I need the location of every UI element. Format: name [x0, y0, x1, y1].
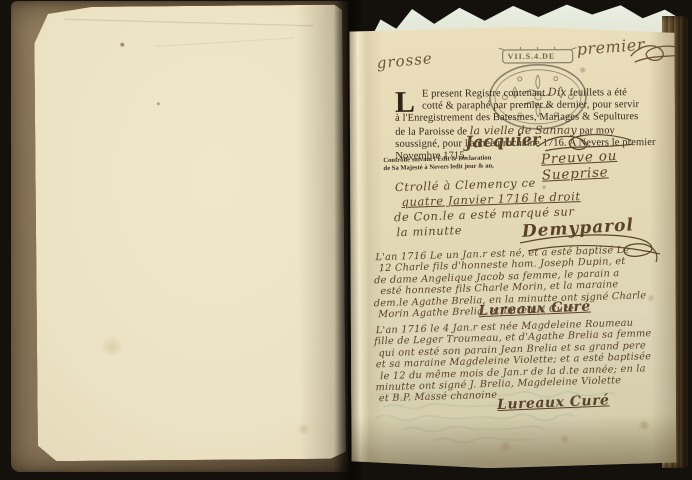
foxing-spot — [99, 337, 125, 357]
notice-insert-folios: Dix — [548, 86, 567, 99]
tax-stamp-value: VII.S.4.DE — [508, 52, 556, 61]
signature-jacquier: Jacquier — [465, 130, 541, 152]
notice-text: feuillets a été — [569, 87, 627, 98]
blank-left-page — [34, 5, 346, 462]
foxing-spot — [157, 102, 160, 105]
paper-crease — [64, 19, 314, 28]
baptism-entry-2: L'an 1716 le 4 Jan.r est née Magdeleine … — [376, 317, 672, 406]
register-title-page: grosse premier — [348, 26, 677, 469]
controle-printed-note: Contrôllé suivant l'Edit & Declaration d… — [383, 154, 519, 173]
signature-lureaux-1: Lureaux Curé — [478, 299, 591, 320]
notice-text: E present Registre contenant — [422, 88, 545, 100]
paper-crease — [154, 37, 294, 48]
foxing-spot — [296, 423, 312, 435]
annotation-grosse: grosse — [376, 49, 434, 72]
register-scan: grosse premier — [0, 0, 692, 480]
foxing-spot — [120, 43, 124, 47]
notice-text: de la Paroisse de — [395, 126, 467, 138]
